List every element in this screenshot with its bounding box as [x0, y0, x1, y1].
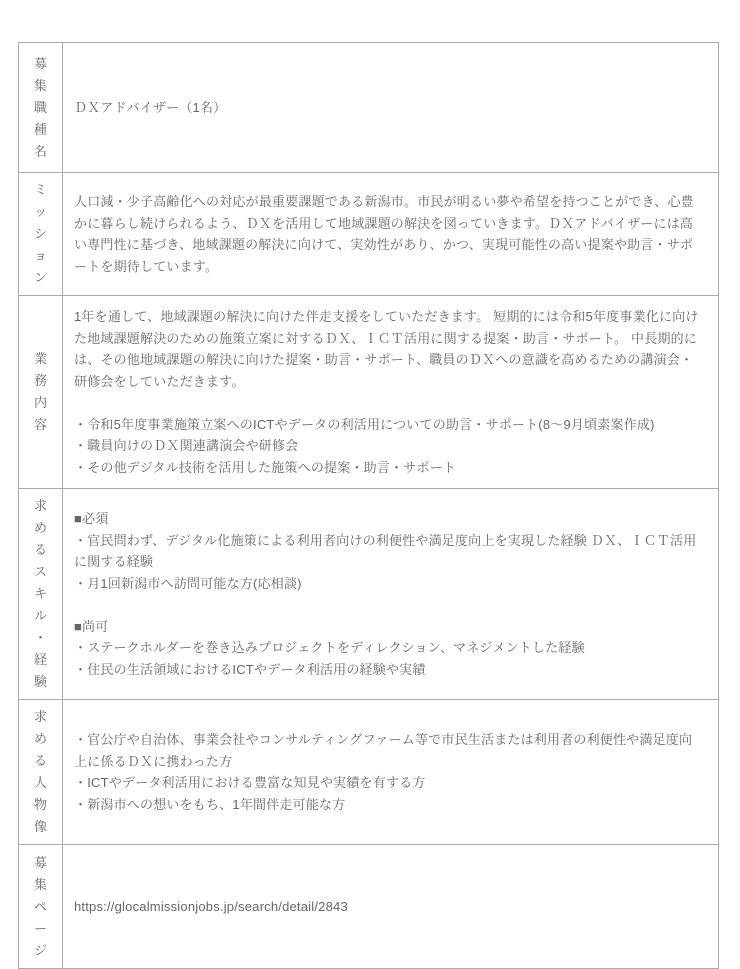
row-header-duties: 業 務 内 容 [19, 296, 63, 489]
row-ideal-profile: 求 め る 人 物 像 ・官公庁や自治体、事業会社やコンサルティングファーム等で… [19, 700, 719, 845]
cell-recruitment-page-url: https://glocalmissionjobs.jp/search/deta… [63, 845, 719, 969]
row-header-job-title: 募 集 職 種 名 [19, 43, 63, 173]
row-header-recruitment-page: 募 集 ペ ー ジ [19, 845, 63, 969]
cell-job-title: ＤＸアドバイザー（1名） [63, 43, 719, 173]
row-header-mission: ミ ッ シ ョ ン [19, 173, 63, 296]
cell-ideal-profile: ・官公庁や自治体、事業会社やコンサルティングファーム等で市民生活または利用者の利… [63, 700, 719, 845]
cell-skills-experience: ■必須 ・官民問わず、デジタル化施策による利用者向けの利便性や満足度向上を実現し… [63, 489, 719, 700]
cell-mission: 人口減・少子高齢化への対応が最重要課題である新潟市。市民が明るい夢や希望を持つこ… [63, 173, 719, 296]
row-header-ideal-profile: 求 め る 人 物 像 [19, 700, 63, 845]
row-mission: ミ ッ シ ョ ン 人口減・少子高齢化への対応が最重要課題である新潟市。市民が明… [19, 173, 719, 296]
cell-duties: 1年を通して、地域課題の解決に向けた伴走支援をしていただきます。 短期的には令和… [63, 296, 719, 489]
row-duties: 業 務 内 容 1年を通して、地域課題の解決に向けた伴走支援をしていただきます。… [19, 296, 719, 489]
row-skills-experience: 求 め る ス キ ル ・ 経 験 ■必須 ・官民問わず、デジタル化施策による利… [19, 489, 719, 700]
job-posting-table: 募 集 職 種 名 ＤＸアドバイザー（1名） ミ ッ シ ョ ン 人口減・少子高… [18, 42, 719, 969]
row-recruitment-page: 募 集 ペ ー ジ https://glocalmissionjobs.jp/s… [19, 845, 719, 969]
row-job-title: 募 集 職 種 名 ＤＸアドバイザー（1名） [19, 43, 719, 173]
row-header-skills-experience: 求 め る ス キ ル ・ 経 験 [19, 489, 63, 700]
